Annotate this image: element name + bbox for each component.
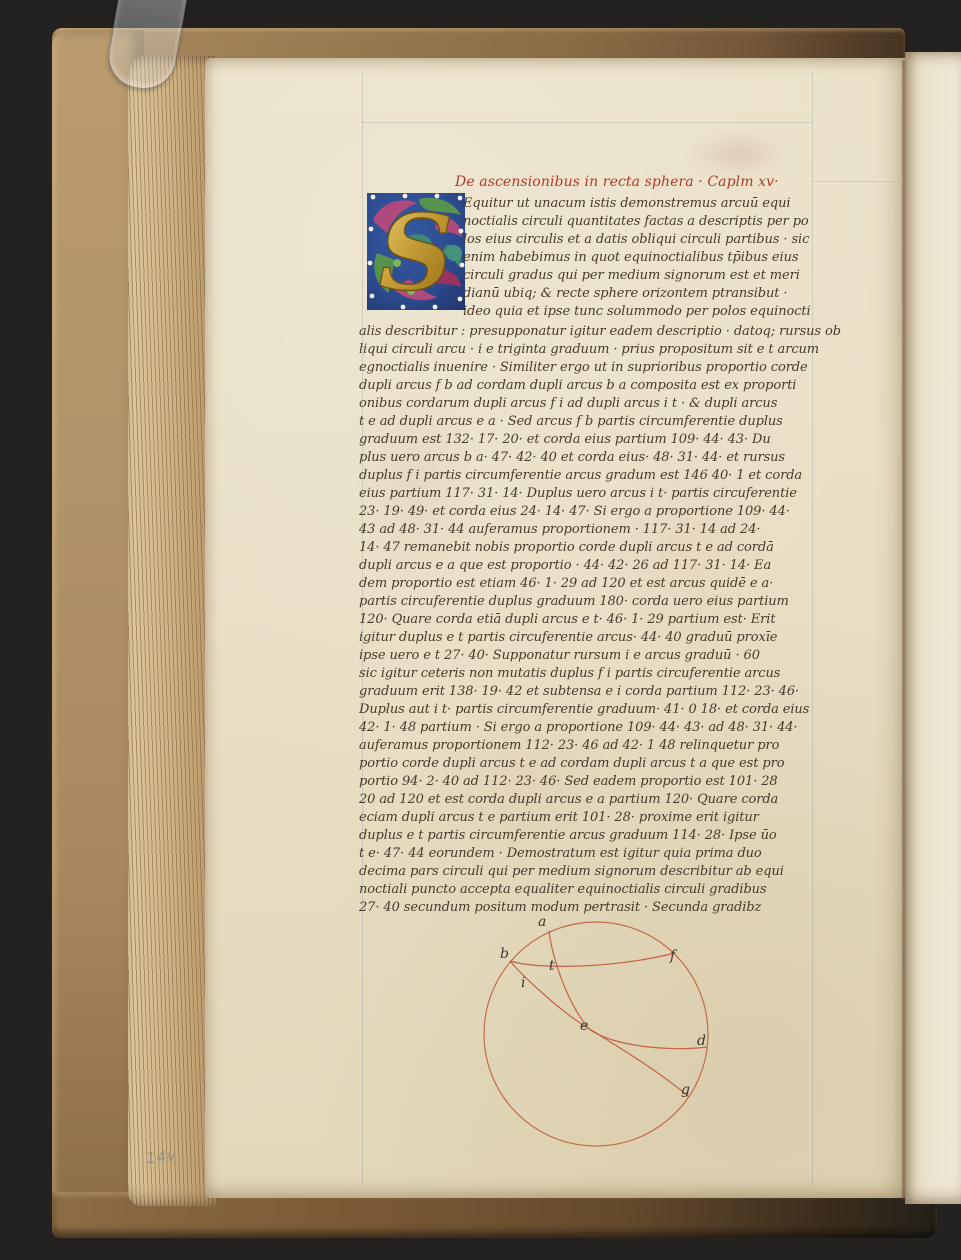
diagram-label-f: f — [670, 949, 675, 963]
manuscript-text-line: 120· Quare corda etiā dupli arcus e t· 4… — [359, 611, 841, 629]
manuscript-photograph: De ascensionibus in recta sphera · Caplm… — [0, 0, 961, 1260]
diagram-label-d: d — [697, 1034, 706, 1048]
page-content: De ascensionibus in recta sphera · Caplm… — [0, 0, 961, 1260]
manuscript-text-line: alis describitur : presupponatur igitur … — [359, 323, 841, 341]
manuscript-text-line: duplus f i partis circumferentie arcus g… — [359, 467, 841, 485]
manuscript-text-line: graduum erit 138· 19· 42 et subtensa e i… — [359, 683, 841, 701]
manuscript-text-line: sic igitur ceteris non mutatis duplus f … — [359, 665, 841, 683]
manuscript-text-line: dem proportio est etiam 46· 1· 29 ad 120… — [359, 575, 841, 593]
manuscript-text-line: t e· 47· 44 eorundem · Demostratum est i… — [359, 845, 841, 863]
diagram-arc-b-t-f — [510, 953, 675, 966]
manuscript-text-line: ipse uero e t 27· 40· Supponatur rursum … — [359, 647, 841, 665]
manuscript-text-line: portio corde dupli arcus t e ad cordam d… — [359, 755, 841, 773]
ruling-line-horizontal-margin — [812, 181, 900, 182]
manuscript-text-line: liqui circuli arcu · i e triginta graduu… — [359, 341, 841, 359]
manuscript-text-line: 42· 1· 48 partium · Si ergo a proportion… — [359, 719, 841, 737]
illuminated-initial: S — [367, 193, 465, 310]
diagram-drawing — [455, 900, 755, 1160]
text-column-beside-initial: Equitur ut unacum istis demonstremus arc… — [463, 195, 811, 321]
manuscript-text-line: egnoctialis inuenire · Similiter ergo ut… — [359, 359, 841, 377]
manuscript-text-line: graduum est 132· 17· 20· et corda eius p… — [359, 431, 841, 449]
manuscript-text-line: 20 ad 120 et est corda dupli arcus e a p… — [359, 791, 841, 809]
diagram-arc-a-t-e-d — [549, 931, 707, 1049]
manuscript-text-line: auferamus proportionem 112· 23· 46 ad 42… — [359, 737, 841, 755]
diagram-label-t: t — [549, 959, 555, 973]
diagram-arc-b-i-e-g — [510, 961, 689, 1097]
manuscript-text-line: decima pars circuli qui per medium signo… — [359, 863, 841, 881]
manuscript-text-line: dupli arcus f b ad cordam dupli arcus b … — [359, 377, 841, 395]
folio-number: 14v — [145, 1147, 177, 1168]
manuscript-text-line: t e ad dupli arcus e a · Sed arcus f b p… — [359, 413, 841, 431]
manuscript-text-line: eciam dupli arcus t e partium erit 101· … — [359, 809, 841, 827]
ruling-line-horizontal-top — [362, 122, 812, 123]
text-column-main: alis describitur : presupponatur igitur … — [359, 323, 841, 917]
geometric-diagram — [455, 900, 755, 1160]
manuscript-text-line: 23· 19· 49· et corda eius 24· 14· 47· Si… — [359, 503, 841, 521]
ink-show-through — [688, 132, 788, 176]
manuscript-text-line: dianū ubiq; & recte sphere orizontem ptr… — [463, 285, 811, 303]
initial-letter-s: S — [378, 193, 453, 310]
diagram-label-i: i — [521, 976, 525, 990]
manuscript-text-line: plus uero arcus b a· 47· 42· 40 et corda… — [359, 449, 841, 467]
manuscript-text-line: enim habebimus in quot equinoctialibus t… — [463, 249, 811, 267]
manuscript-text-line: 14· 47 remanebit nobis proportio corde d… — [359, 539, 841, 557]
manuscript-text-line: circuli gradus qui per medium signorum e… — [463, 267, 811, 285]
diagram-label-e: e — [580, 1019, 588, 1033]
manuscript-text-line: Equitur ut unacum istis demonstremus arc… — [463, 195, 811, 213]
chapter-rubric: De ascensionibus in recta sphera · Caplm… — [455, 174, 779, 190]
manuscript-text-line: ideo quia et ipse tunc solummodo per pol… — [463, 303, 811, 321]
manuscript-text-line: 43 ad 48· 31· 44 auferamus proportionem … — [359, 521, 841, 539]
manuscript-text-line: dupli arcus e a que est proportio · 44· … — [359, 557, 841, 575]
manuscript-text-line: Duplus aut i t· partis circumferentie gr… — [359, 701, 841, 719]
manuscript-text-line: los eius circulis et a datis obliqui cir… — [463, 231, 811, 249]
diagram-label-g: g — [681, 1083, 690, 1097]
manuscript-text-line: partis circuferentie duplus graduum 180·… — [359, 593, 841, 611]
manuscript-text-line: noctiali puncto accepta equaliter equino… — [359, 881, 841, 899]
manuscript-text-line: duplus e t partis circumferentie arcus g… — [359, 827, 841, 845]
diagram-label-b: b — [500, 947, 509, 961]
diagram-label-a: a — [538, 915, 546, 929]
manuscript-text-line: portio 94· 2· 40 ad 112· 23· 46· Sed ead… — [359, 773, 841, 791]
manuscript-text-line: igitur duplus e t partis circuferentie a… — [359, 629, 841, 647]
manuscript-text-line: noctialis circuli quantitates factas a d… — [463, 213, 811, 231]
illuminated-initial-art: S — [367, 193, 465, 310]
manuscript-text-line: onibus cordarum dupli arcus f i ad dupli… — [359, 395, 841, 413]
manuscript-text-line: eius partium 117· 31· 14· Duplus uero ar… — [359, 485, 841, 503]
